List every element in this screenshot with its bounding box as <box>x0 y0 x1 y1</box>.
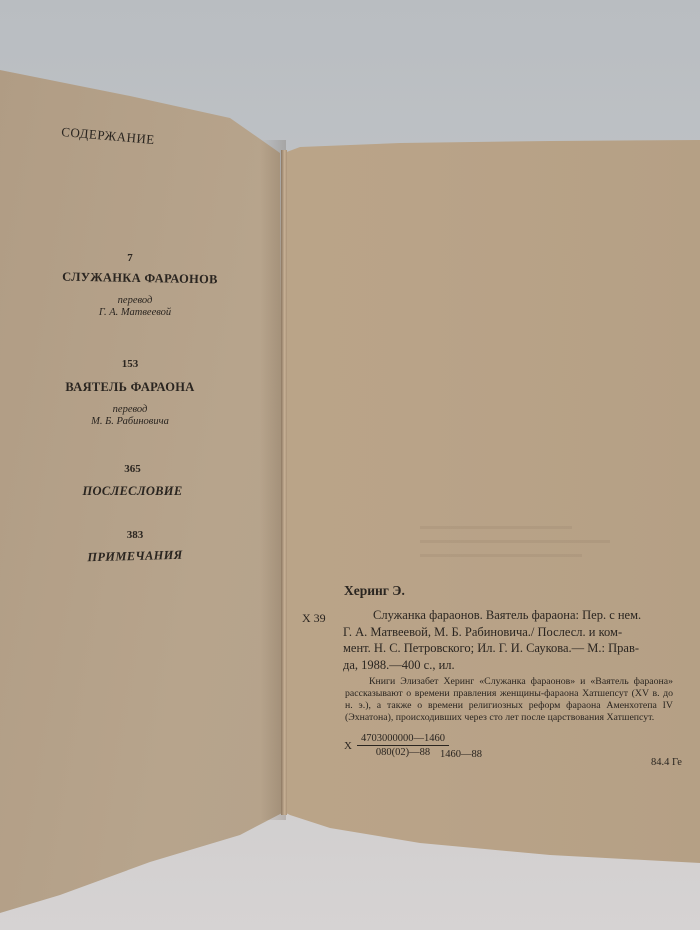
book-spine-gutter <box>281 150 287 815</box>
index-fraction: 4703000000—1460 080(02)—88 <box>357 733 449 758</box>
toc-translator: М. Б. Рабиновича <box>0 416 260 428</box>
faded-stamp <box>420 515 610 568</box>
toc-page-number: 153 <box>0 358 260 370</box>
index-numerator: 4703000000—1460 <box>357 733 449 746</box>
toc-page-number: 383 <box>10 529 260 541</box>
annotation-text: Книги Элизабет Херинг «Служанка фараонов… <box>345 676 673 724</box>
author-name: Херинг Э. <box>344 583 405 599</box>
classification-code: Х 39 <box>302 611 326 626</box>
toc-heading: ПОСЛЕСЛОВИЕ <box>5 484 260 499</box>
toc-entry: 383 ПРИМЕЧАНИЯ <box>30 529 260 564</box>
biblio-line: Г. А. Матвеевой, М. Б. Рабиновича./ Посл… <box>343 624 673 641</box>
biblio-line: мент. Н. С. Петровского; Ил. Г. И. Сауко… <box>343 640 673 657</box>
index-denominator: 080(02)—88 <box>357 746 449 758</box>
toc-entry: 7 СЛУЖАНКА ФАРАОНОВ перевод Г. А. Матвее… <box>30 252 260 319</box>
annotation-body: Книги Элизабет Херинг «Служанка фараонов… <box>345 676 673 723</box>
biblio-line: да, 1988.—400 с., ил. <box>343 657 673 674</box>
biblio-line: Служанка фараонов. Ваятель фараона: Пер.… <box>343 607 673 624</box>
toc-translation-label: перевод <box>10 295 260 307</box>
bibliographic-description: Служанка фараонов. Ваятель фараона: Пер.… <box>343 607 673 673</box>
toc-heading: ВАЯТЕЛЬ ФАРАОНА <box>0 380 260 395</box>
index-prefix: Х <box>344 740 352 752</box>
toc-page-number: 7 <box>0 252 260 264</box>
toc-translation-label: перевод <box>0 404 260 416</box>
toc-entry: 153 ВАЯТЕЛЬ ФАРАОНА перевод М. Б. Рабино… <box>30 358 260 428</box>
toc-heading: СЛУЖАНКА ФАРАОНОВ <box>20 269 260 288</box>
toc-entry: 365 ПОСЛЕСЛОВИЕ <box>30 463 260 499</box>
bbk-code: 84.4 Ге <box>651 757 682 768</box>
index-suffix: 1460—88 <box>440 749 482 760</box>
toc-translator: Г. А. Матвеевой <box>10 307 260 319</box>
toc-page-number: 365 <box>5 463 260 475</box>
